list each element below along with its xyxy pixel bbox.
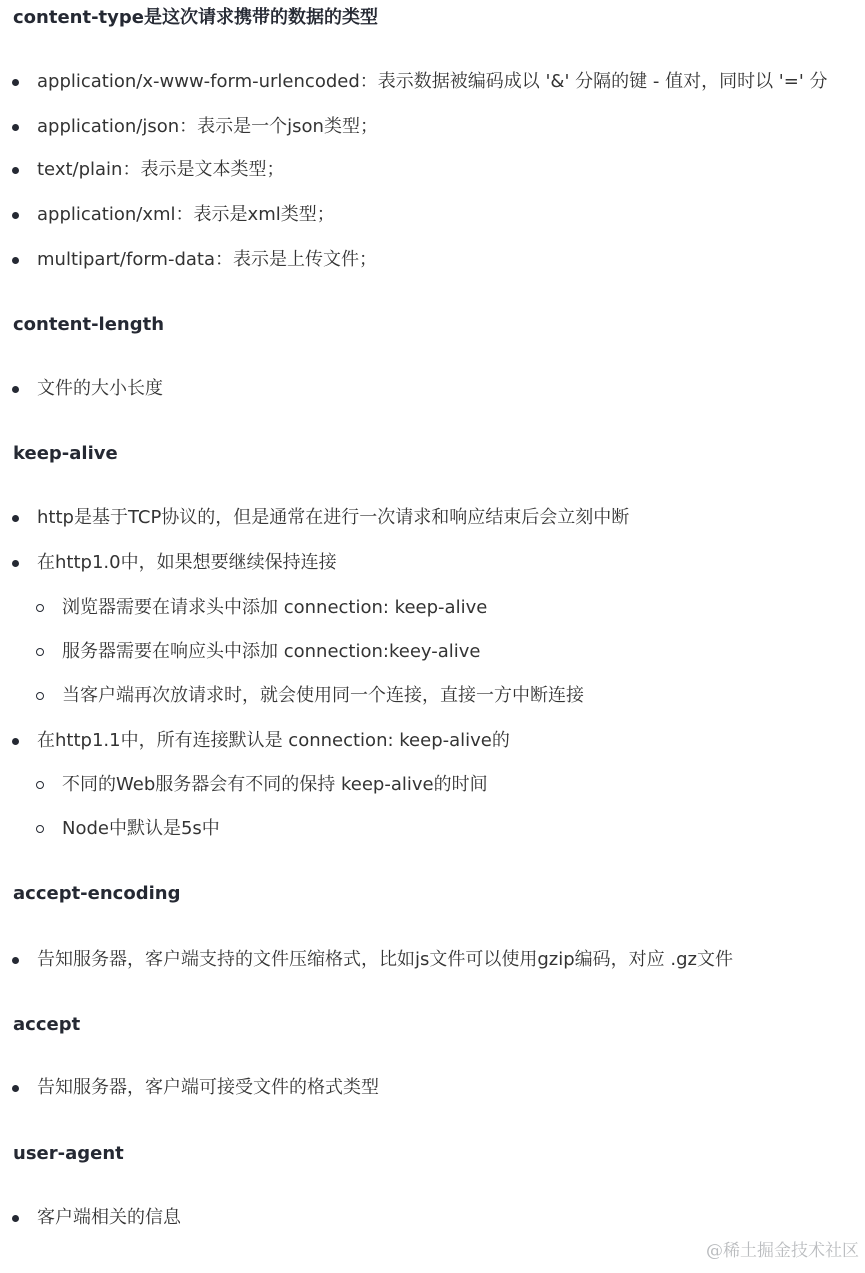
list-item-text: text/plain：表示是文本类型； xyxy=(37,159,284,180)
bullet-circle-icon xyxy=(36,781,44,789)
section-heading-content-length: content-length xyxy=(13,313,164,337)
bullet-circle-icon xyxy=(36,604,44,612)
list-item: application/x-www-form-urlencoded：表示数据被编… xyxy=(37,70,828,94)
list-item: text/plain：表示是文本类型； xyxy=(37,158,284,182)
list-item-text: 告知服务器，客户端支持的文件压缩格式，比如js文件可以使用gzip编码，对应 .… xyxy=(37,949,733,970)
list-item: 在http1.1中，所有连接默认是 connection: keep-alive… xyxy=(37,729,510,753)
list-item: 在http1.0中，如果想要继续保持连接 xyxy=(37,551,337,575)
list-item: 客户端相关的信息 xyxy=(37,1206,181,1230)
list-item-text: 不同的Web服务器会有不同的保持 keep-alive的时间 xyxy=(62,774,488,795)
list-item-nested: Node中默认是5s中 xyxy=(62,817,220,841)
bullet-disc-icon xyxy=(12,386,19,393)
bullet-disc-icon xyxy=(12,257,19,264)
bullet-disc-icon xyxy=(12,1085,19,1092)
list-item-text: multipart/form-data：表示是上传文件； xyxy=(37,249,377,270)
bullet-disc-icon xyxy=(12,1215,19,1222)
list-item-text: Node中默认是5s中 xyxy=(62,818,220,839)
list-item: multipart/form-data：表示是上传文件； xyxy=(37,248,377,272)
section-heading-accept-encoding: accept-encoding xyxy=(13,882,180,906)
list-item-text: 当客户端再次放请求时，就会使用同一个连接，直接一方中断连接 xyxy=(62,685,584,706)
list-item-nested: 浏览器需要在请求头中添加 connection: keep-alive xyxy=(62,596,487,620)
list-item-text: application/x-www-form-urlencoded：表示数据被编… xyxy=(37,71,828,92)
list-item-text: 在http1.1中，所有连接默认是 connection: keep-alive… xyxy=(37,730,510,751)
bullet-disc-icon xyxy=(12,124,19,131)
list-item-text: 文件的大小长度 xyxy=(37,378,163,399)
section-heading-content-type: content-type是这次请求携带的数据的类型 xyxy=(13,6,378,30)
bullet-circle-icon xyxy=(36,692,44,700)
bullet-circle-icon xyxy=(36,648,44,656)
bullet-disc-icon xyxy=(12,560,19,567)
list-item-text: http是基于TCP协议的，但是通常在进行一次请求和响应结束后会立刻中断 xyxy=(37,507,629,528)
bullet-disc-icon xyxy=(12,212,19,219)
bullet-circle-icon xyxy=(36,825,44,833)
list-item-text: application/xml：表示是xml类型； xyxy=(37,204,335,225)
section-heading-keep-alive: keep-alive xyxy=(13,442,118,466)
list-item-text: 在http1.0中，如果想要继续保持连接 xyxy=(37,552,337,573)
list-item-nested: 不同的Web服务器会有不同的保持 keep-alive的时间 xyxy=(62,773,488,797)
list-item: 告知服务器，客户端支持的文件压缩格式，比如js文件可以使用gzip编码，对应 .… xyxy=(37,948,733,972)
bullet-disc-icon xyxy=(12,738,19,745)
list-item: application/xml：表示是xml类型； xyxy=(37,203,335,227)
section-heading-accept: accept xyxy=(13,1013,80,1037)
list-item: http是基于TCP协议的，但是通常在进行一次请求和响应结束后会立刻中断 xyxy=(37,506,629,530)
list-item-nested: 当客户端再次放请求时，就会使用同一个连接，直接一方中断连接 xyxy=(62,684,584,708)
bullet-disc-icon xyxy=(12,167,19,174)
list-item-nested: 服务器需要在响应头中添加 connection:keey-alive xyxy=(62,640,480,664)
section-heading-user-agent: user-agent xyxy=(13,1142,124,1166)
list-item: 告知服务器，客户端可接受文件的格式类型 xyxy=(37,1076,379,1100)
list-item: application/json：表示是一个json类型； xyxy=(37,115,378,139)
list-item-text: application/json：表示是一个json类型； xyxy=(37,116,378,137)
bullet-disc-icon xyxy=(12,957,19,964)
bullet-disc-icon xyxy=(12,79,19,86)
list-item-text: 客户端相关的信息 xyxy=(37,1207,181,1228)
watermark: @稀土掘金技术社区 xyxy=(706,1236,859,1261)
list-item: 文件的大小长度 xyxy=(37,377,163,401)
bullet-disc-icon xyxy=(12,515,19,522)
list-item-text: 服务器需要在响应头中添加 connection:keey-alive xyxy=(62,641,480,662)
list-item-text: 浏览器需要在请求头中添加 connection: keep-alive xyxy=(62,597,487,618)
list-item-text: 告知服务器，客户端可接受文件的格式类型 xyxy=(37,1077,379,1098)
